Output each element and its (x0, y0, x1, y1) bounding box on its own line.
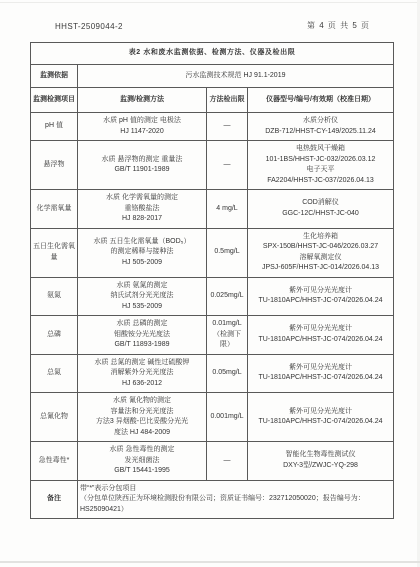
cell-line: 钼酸铵分光光度法 (80, 330, 204, 341)
cell-line: — (209, 121, 245, 132)
table-row: 总氰化物水质 氰化物的测定容量法和分光光度法方法3 异烟酸-巴比妥酸分光光度法 … (31, 393, 394, 442)
cell-line: 0.001mg/L (209, 412, 245, 423)
table-row: 化学需氧量水质 化学需氧量的测定重铬酸盐法HJ 828-20174 mg/LCO… (31, 190, 394, 229)
cell-line: 发光细菌法 (80, 456, 204, 467)
cell-item: pH 值 (31, 113, 78, 141)
cell-limit: 0.05mg/L (207, 354, 248, 393)
header-row: 监测检测项目 监测/检测方法 方法检出限 仪器型号/编号/有效期（校准日期） (31, 88, 394, 113)
cell-line: 水质 悬浮物的测定 重量法 (80, 155, 204, 166)
cell-method: 水质 总氮的测定 碱性过硫酸钾消解紫外分光光度法HJ 636-2012 (78, 354, 207, 393)
cell-line: 总氮 (33, 368, 75, 379)
table-row: 总氮水质 总氮的测定 碱性过硫酸钾消解紫外分光光度法HJ 636-20120.0… (31, 354, 394, 393)
document-number: HHST-2509044-2 (55, 22, 123, 31)
table-title-row: 表2 水和废水监测依据、检测方法、仪器及检出限 (31, 43, 394, 65)
cell-item: 氨氮 (31, 277, 78, 316)
cell-instrument: 紫外可见分光光度计TU-1810APC/HHST-JC-074/2026.04.… (248, 393, 394, 442)
table-title: 表2 水和废水监测依据、检测方法、仪器及检出限 (31, 43, 394, 65)
cell-instrument: COD消解仪GGC-12C/HHST-JC-040 (248, 190, 394, 229)
cell-line: FA2204/HHST-JC-037/2026.04.13 (250, 176, 391, 187)
header-limit: 方法检出限 (207, 88, 248, 113)
table-row: 急性毒性*水质 急性毒性的测定发光细菌法GB/T 15441-1995—智能化生… (31, 442, 394, 481)
cell-item: 五日生化需氧量 (31, 228, 78, 277)
cell-line: 重铬酸盐法 (80, 204, 204, 215)
cell-line: 0.01mg/L (209, 319, 245, 330)
cell-instrument: 生化培养箱SPX-150B/HHST-JC-046/2026.03.27溶解氧测… (248, 228, 394, 277)
cell-line: （检测下限） (209, 330, 245, 351)
cell-line: 水质 总氮的测定 碱性过硫酸钾 (80, 358, 204, 369)
remark-content: 带“*”表示分包项目（分包单位陕西正为环境检测股份有限公司；资质证书编号：232… (78, 480, 394, 519)
cell-method: 水质 总磷的测定钼酸铵分光光度法GB/T 11893-1989 (78, 316, 207, 355)
table-row: pH 值水质 pH 值的测定 电极法HJ 1147-2020—水质分析仪DZB-… (31, 113, 394, 141)
basis-label: 监测依据 (31, 65, 78, 88)
cell-line: 4 mg/L (209, 204, 245, 215)
cell-limit: 0.01mg/L（检测下限） (207, 316, 248, 355)
cell-line: 总磷 (33, 330, 75, 341)
cell-limit: — (207, 113, 248, 141)
header-item: 监测检测项目 (31, 88, 78, 113)
cell-line: 氨氮 (33, 291, 75, 302)
cell-line: 水质 化学需氧量的测定 (80, 193, 204, 204)
cell-method: 水质 急性毒性的测定发光细菌法GB/T 15441-1995 (78, 442, 207, 481)
cell-line: 0.5mg/L (209, 247, 245, 258)
table-row: 氨氮水质 氨氮的测定纳氏试剂分光光度法HJ 535-20090.025mg/L紫… (31, 277, 394, 316)
cell-item: 急性毒性* (31, 442, 78, 481)
cell-line: — (209, 456, 245, 467)
cell-line: GB/T 15441-1995 (80, 466, 204, 477)
table-row: 悬浮物水质 悬浮物的测定 重量法GB/T 11901-1989—电热鼓风干燥箱1… (31, 141, 394, 190)
cell-line: 总氰化物 (33, 412, 75, 423)
cell-method: 水质 化学需氧量的测定重铬酸盐法HJ 828-2017 (78, 190, 207, 229)
cell-line: HJ 636-2012 (80, 379, 204, 390)
cell-line: TU-1810APC/HHST-JC-074/2026.04.24 (250, 373, 391, 384)
cell-line: 消解紫外分光光度法 (80, 368, 204, 379)
cell-line: 紫外可见分光光度计 (250, 363, 391, 374)
cell-line: 方法3 异烟酸-巴比妥酸分光光 (80, 417, 204, 428)
cell-line: COD消解仪 (250, 198, 391, 209)
remark-row: 备注 带“*”表示分包项目（分包单位陕西正为环境检测股份有限公司；资质证书编号：… (31, 480, 394, 519)
basis-value: 污水监测技术规范 HJ 91.1-2019 (78, 65, 394, 88)
cell-line: 五日生化需氧量 (33, 242, 75, 263)
cell-instrument: 紫外可见分光光度计TU-1810APC/HHST-JC-074/2026.04.… (248, 354, 394, 393)
cell-method: 水质 氨氮的测定纳氏试剂分光光度法HJ 535-2009 (78, 277, 207, 316)
scan-edge-top (0, 2, 420, 3)
cell-method: 水质 五日生化需氧量（BOD₅）的测定稀释与接种法HJ 505-2009 (78, 228, 207, 277)
cell-method: 水质 pH 值的测定 电极法HJ 1147-2020 (78, 113, 207, 141)
cell-limit: 4 mg/L (207, 190, 248, 229)
cell-method: 水质 悬浮物的测定 重量法GB/T 11901-1989 (78, 141, 207, 190)
cell-line: HJ 535-2009 (80, 302, 204, 313)
remark-line: 带“*”表示分包项目 (80, 484, 391, 495)
cell-line: TU-1810APC/HHST-JC-074/2026.04.24 (250, 296, 391, 307)
cell-line: HJ 505-2009 (80, 258, 204, 269)
cell-limit: — (207, 442, 248, 481)
cell-instrument: 紫外可见分光光度计TU-1810APC/HHST-JC-074/2026.04.… (248, 316, 394, 355)
cell-item: 化学需氧量 (31, 190, 78, 229)
scan-edge-bottom (0, 561, 420, 563)
cell-line: 智能化生物毒性测试仪 (250, 450, 391, 461)
cell-line: 电热鼓风干燥箱 (250, 144, 391, 155)
page-indicator: 第 4 页 共 5 页 (307, 20, 370, 31)
monitoring-methods-table: 表2 水和废水监测依据、检测方法、仪器及检出限 监测依据 污水监测技术规范 HJ… (30, 42, 394, 519)
cell-line: 水质 氨氮的测定 (80, 281, 204, 292)
cell-line: 水质 急性毒性的测定 (80, 445, 204, 456)
basis-row: 监测依据 污水监测技术规范 HJ 91.1-2019 (31, 65, 394, 88)
cell-line: 容量法和分光光度法 (80, 407, 204, 418)
cell-line: 悬浮物 (33, 160, 75, 171)
cell-line: 纳氏试剂分光光度法 (80, 291, 204, 302)
cell-line: 水质 氰化物的测定 (80, 396, 204, 407)
cell-line: 溶解氧测定仪 (250, 253, 391, 264)
cell-line: TU-1810APC/HHST-JC-074/2026.04.24 (250, 417, 391, 428)
cell-line: 紫外可见分光光度计 (250, 407, 391, 418)
cell-line: 0.05mg/L (209, 368, 245, 379)
cell-line: SPX-150B/HHST-JC-046/2026.03.27 (250, 242, 391, 253)
cell-line: 101-1BS/HHST-JC-032/2026.03.12 (250, 155, 391, 166)
cell-line: — (209, 160, 245, 171)
cell-line: 的测定稀释与接种法 (80, 247, 204, 258)
cell-item: 悬浮物 (31, 141, 78, 190)
cell-line: pH 值 (33, 121, 75, 132)
cell-line: 0.025mg/L (209, 291, 245, 302)
cell-line: HJ 1147-2020 (80, 127, 204, 138)
cell-line: GB/T 11893-1989 (80, 340, 204, 351)
cell-instrument: 电热鼓风干燥箱101-1BS/HHST-JC-032/2026.03.12电子天… (248, 141, 394, 190)
table-row: 总磷水质 总磷的测定钼酸铵分光光度法GB/T 11893-19890.01mg/… (31, 316, 394, 355)
remark-label: 备注 (31, 480, 78, 519)
cell-item: 总氰化物 (31, 393, 78, 442)
cell-line: 急性毒性* (33, 456, 75, 467)
cell-line: 水质 五日生化需氧量（BOD₅） (80, 237, 204, 248)
cell-line: DXY-3型/ZWJC-YQ-298 (250, 461, 391, 472)
cell-line: GGC-12C/HHST-JC-040 (250, 209, 391, 220)
cell-line: 紫外可见分光光度计 (250, 324, 391, 335)
cell-method: 水质 氰化物的测定容量法和分光光度法方法3 异烟酸-巴比妥酸分光光度法 HJ 4… (78, 393, 207, 442)
cell-item: 总氮 (31, 354, 78, 393)
cell-line: 水质 pH 值的测定 电极法 (80, 116, 204, 127)
table-row: 五日生化需氧量水质 五日生化需氧量（BOD₅）的测定稀释与接种法HJ 505-2… (31, 228, 394, 277)
remark-line: HS25090421） (80, 505, 391, 516)
cell-line: HJ 828-2017 (80, 214, 204, 225)
cell-item: 总磷 (31, 316, 78, 355)
cell-line: 水质分析仪 (250, 116, 391, 127)
cell-limit: 0.5mg/L (207, 228, 248, 277)
cell-instrument: 紫外可见分光光度计TU-1810APC/HHST-JC-074/2026.04.… (248, 277, 394, 316)
cell-line: JPSJ-605F/HHST-JC-014/2026.04.13 (250, 263, 391, 274)
cell-instrument: 智能化生物毒性测试仪DXY-3型/ZWJC-YQ-298 (248, 442, 394, 481)
cell-line: 电子天平 (250, 165, 391, 176)
cell-line: GB/T 11901-1989 (80, 165, 204, 176)
cell-line: 水质 总磷的测定 (80, 319, 204, 330)
cell-limit: 0.001mg/L (207, 393, 248, 442)
header-instrument: 仪器型号/编号/有效期（校准日期） (248, 88, 394, 113)
cell-line: TU-1810APC/HHST-JC-074/2026.04.24 (250, 335, 391, 346)
cell-limit: 0.025mg/L (207, 277, 248, 316)
scanned-report-page: HHST-2509044-2 第 4 页 共 5 页 表2 水和废水监测依据、检… (0, 0, 420, 567)
cell-instrument: 水质分析仪DZB-712/HHST-CY-149/2025.11.24 (248, 113, 394, 141)
cell-limit: — (207, 141, 248, 190)
cell-line: DZB-712/HHST-CY-149/2025.11.24 (250, 127, 391, 138)
cell-line: 生化培养箱 (250, 232, 391, 243)
header-method: 监测/检测方法 (78, 88, 207, 113)
cell-line: 化学需氧量 (33, 204, 75, 215)
cell-line: 紫外可见分光光度计 (250, 286, 391, 297)
remark-line: （分包单位陕西正为环境检测股份有限公司；资质证书编号：232712050020；… (80, 494, 391, 505)
cell-line: 度法 HJ 484-2009 (80, 428, 204, 439)
